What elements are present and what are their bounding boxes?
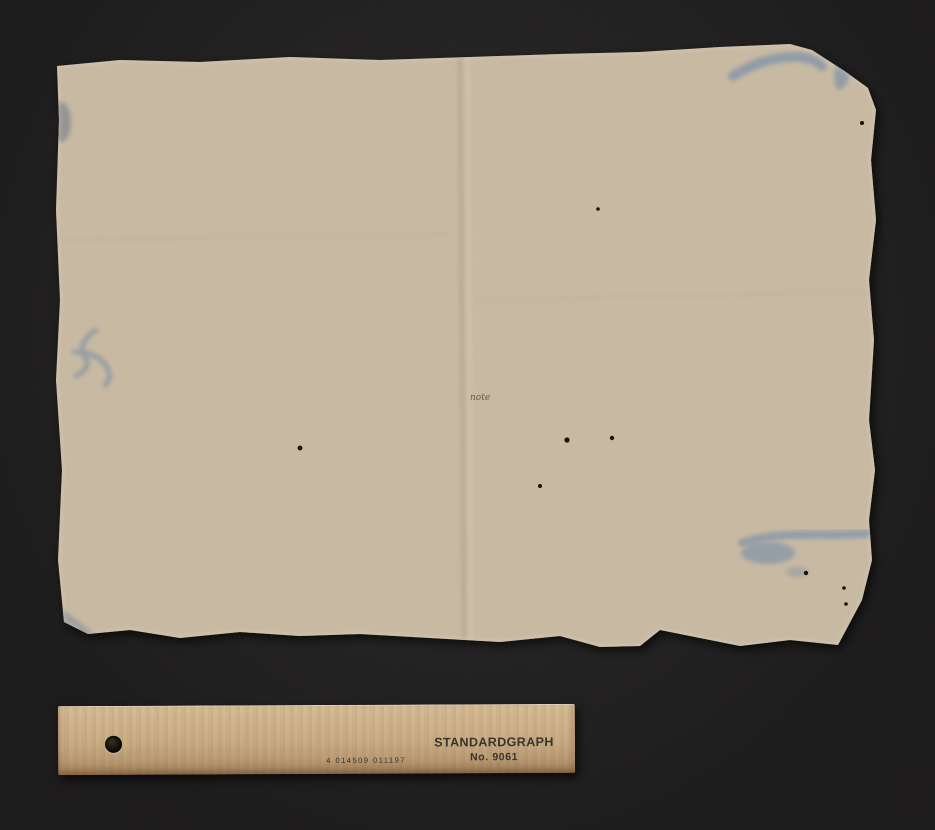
ruler-ticks <box>58 704 575 723</box>
brand-name: STANDARDGRAPH <box>426 735 562 750</box>
ruler-barcode: 4 014509 011197 <box>326 735 406 769</box>
brand-model: No. 9061 <box>426 751 562 764</box>
photo-background: note 4 014509 011197 STANDARDGRAPH No. 9… <box>0 0 935 830</box>
barcode-digits: 4 014509 011197 <box>326 756 406 765</box>
barcode-bars <box>326 735 406 756</box>
ruler-hole <box>105 736 122 753</box>
ruler: 4 014509 011197 STANDARDGRAPH No. 9061 <box>58 704 575 775</box>
ruler-brand: STANDARDGRAPH No. 9061 <box>426 735 562 764</box>
marginal-note: note <box>470 393 490 403</box>
